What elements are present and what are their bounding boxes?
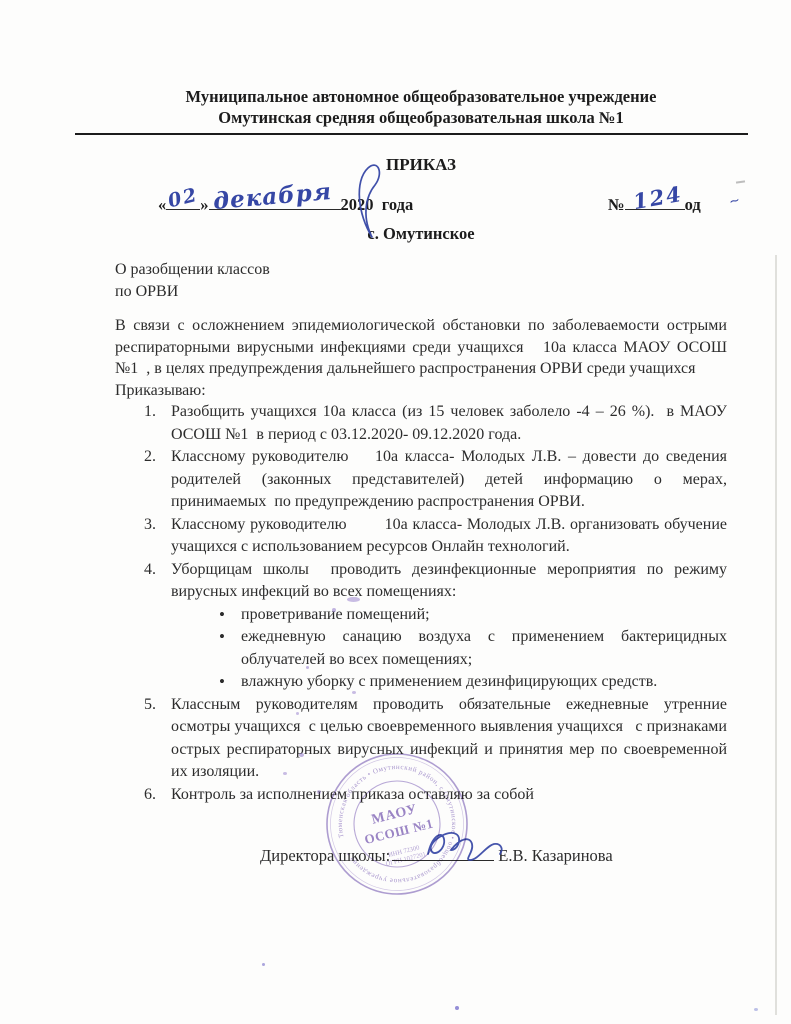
- place-name: с. Омутинское: [115, 224, 727, 244]
- org-name-line2: Омутинская средняя общеобразовательная ш…: [115, 107, 727, 128]
- scan-edge-line: [775, 255, 777, 1015]
- order-number-field: №124од: [608, 195, 701, 215]
- ink-smudge: [347, 597, 360, 602]
- bullet-item-3: влажную уборку с применением дезинфициру…: [241, 671, 727, 694]
- sanitation-bullet-list: проветривание помещений; ежедневную сана…: [171, 604, 727, 694]
- number-suffix: од: [685, 195, 701, 214]
- handwritten-day: 02: [166, 184, 201, 213]
- ink-speck: [296, 712, 299, 715]
- ink-speck: [299, 753, 304, 757]
- quote-close: »: [200, 195, 208, 214]
- ink-speck: [332, 608, 336, 612]
- handwritten-month: декабря: [212, 178, 333, 215]
- order-item-2: Классному руководителю 10а класса- Молод…: [171, 446, 727, 514]
- month-blank: декабря: [209, 209, 341, 210]
- document-page: Муниципальное автономное общеобразовател…: [0, 0, 791, 1024]
- document-title: ПРИКАЗ: [115, 155, 727, 175]
- signatory-name: Е.В. Казаринова: [498, 846, 612, 865]
- order-item-2-text: Классному руководителю 10а класса- Молод…: [171, 448, 727, 510]
- order-item-4: Уборщицам школы проводить дезинфекционны…: [171, 559, 727, 694]
- bullet-item-2: ежедневную санацию воздуха с применением…: [241, 626, 727, 671]
- order-item-1: Разобщить учащихся 10а класса (из 15 чел…: [171, 401, 727, 446]
- number-label: №: [608, 195, 625, 214]
- order-item-4-text: Уборщицам школы проводить дезинфекционны…: [171, 561, 727, 601]
- organization-header: Муниципальное автономное общеобразовател…: [115, 86, 727, 128]
- subject-block: О разобщении классов по ОРВИ: [115, 259, 727, 302]
- resolve-word: Приказываю:: [115, 380, 727, 402]
- ink-speck: [754, 1008, 758, 1011]
- subject-line1: О разобщении классов: [115, 259, 727, 281]
- number-blank: 124: [625, 209, 685, 210]
- day-blank: 02: [166, 209, 200, 210]
- order-item-3: Классному руководителю 10а класса- Молод…: [171, 514, 727, 559]
- year-text: 2020 года: [341, 195, 414, 214]
- date-field: «02»декабря2020 года: [158, 195, 413, 215]
- order-items-list: Разобщить учащихся 10а класса (из 15 чел…: [115, 401, 727, 806]
- bullet-item-1: проветривание помещений;: [241, 604, 727, 627]
- preamble-paragraph: В связи с осложнением эпидемиологической…: [115, 315, 727, 380]
- ink-speck: [262, 963, 265, 966]
- subject-line2: по ОРВИ: [115, 281, 727, 303]
- header-divider: [75, 133, 748, 135]
- ink-speck: [283, 772, 287, 775]
- school-stamp: Тюменская область • Омутинский район, с.…: [322, 748, 472, 900]
- ink-tick-mark: ∼: [727, 192, 742, 210]
- quote-open: «: [158, 195, 166, 214]
- ink-speck: [317, 790, 321, 794]
- order-item-3-text: Классному руководителю 10а класса- Молод…: [171, 516, 727, 556]
- ink-speck: [455, 1006, 459, 1010]
- order-item-1-text: Разобщить учащихся 10а класса (из 15 чел…: [171, 403, 727, 443]
- ink-speck: [352, 691, 356, 694]
- ink-speck: [306, 666, 309, 669]
- date-and-number-row: «02»декабря2020 года №124од ∼: [115, 191, 727, 221]
- handwritten-number: 124: [631, 181, 684, 214]
- org-name-line1: Муниципальное автономное общеобразовател…: [115, 86, 727, 107]
- document-column: Муниципальное автономное общеобразовател…: [0, 0, 791, 866]
